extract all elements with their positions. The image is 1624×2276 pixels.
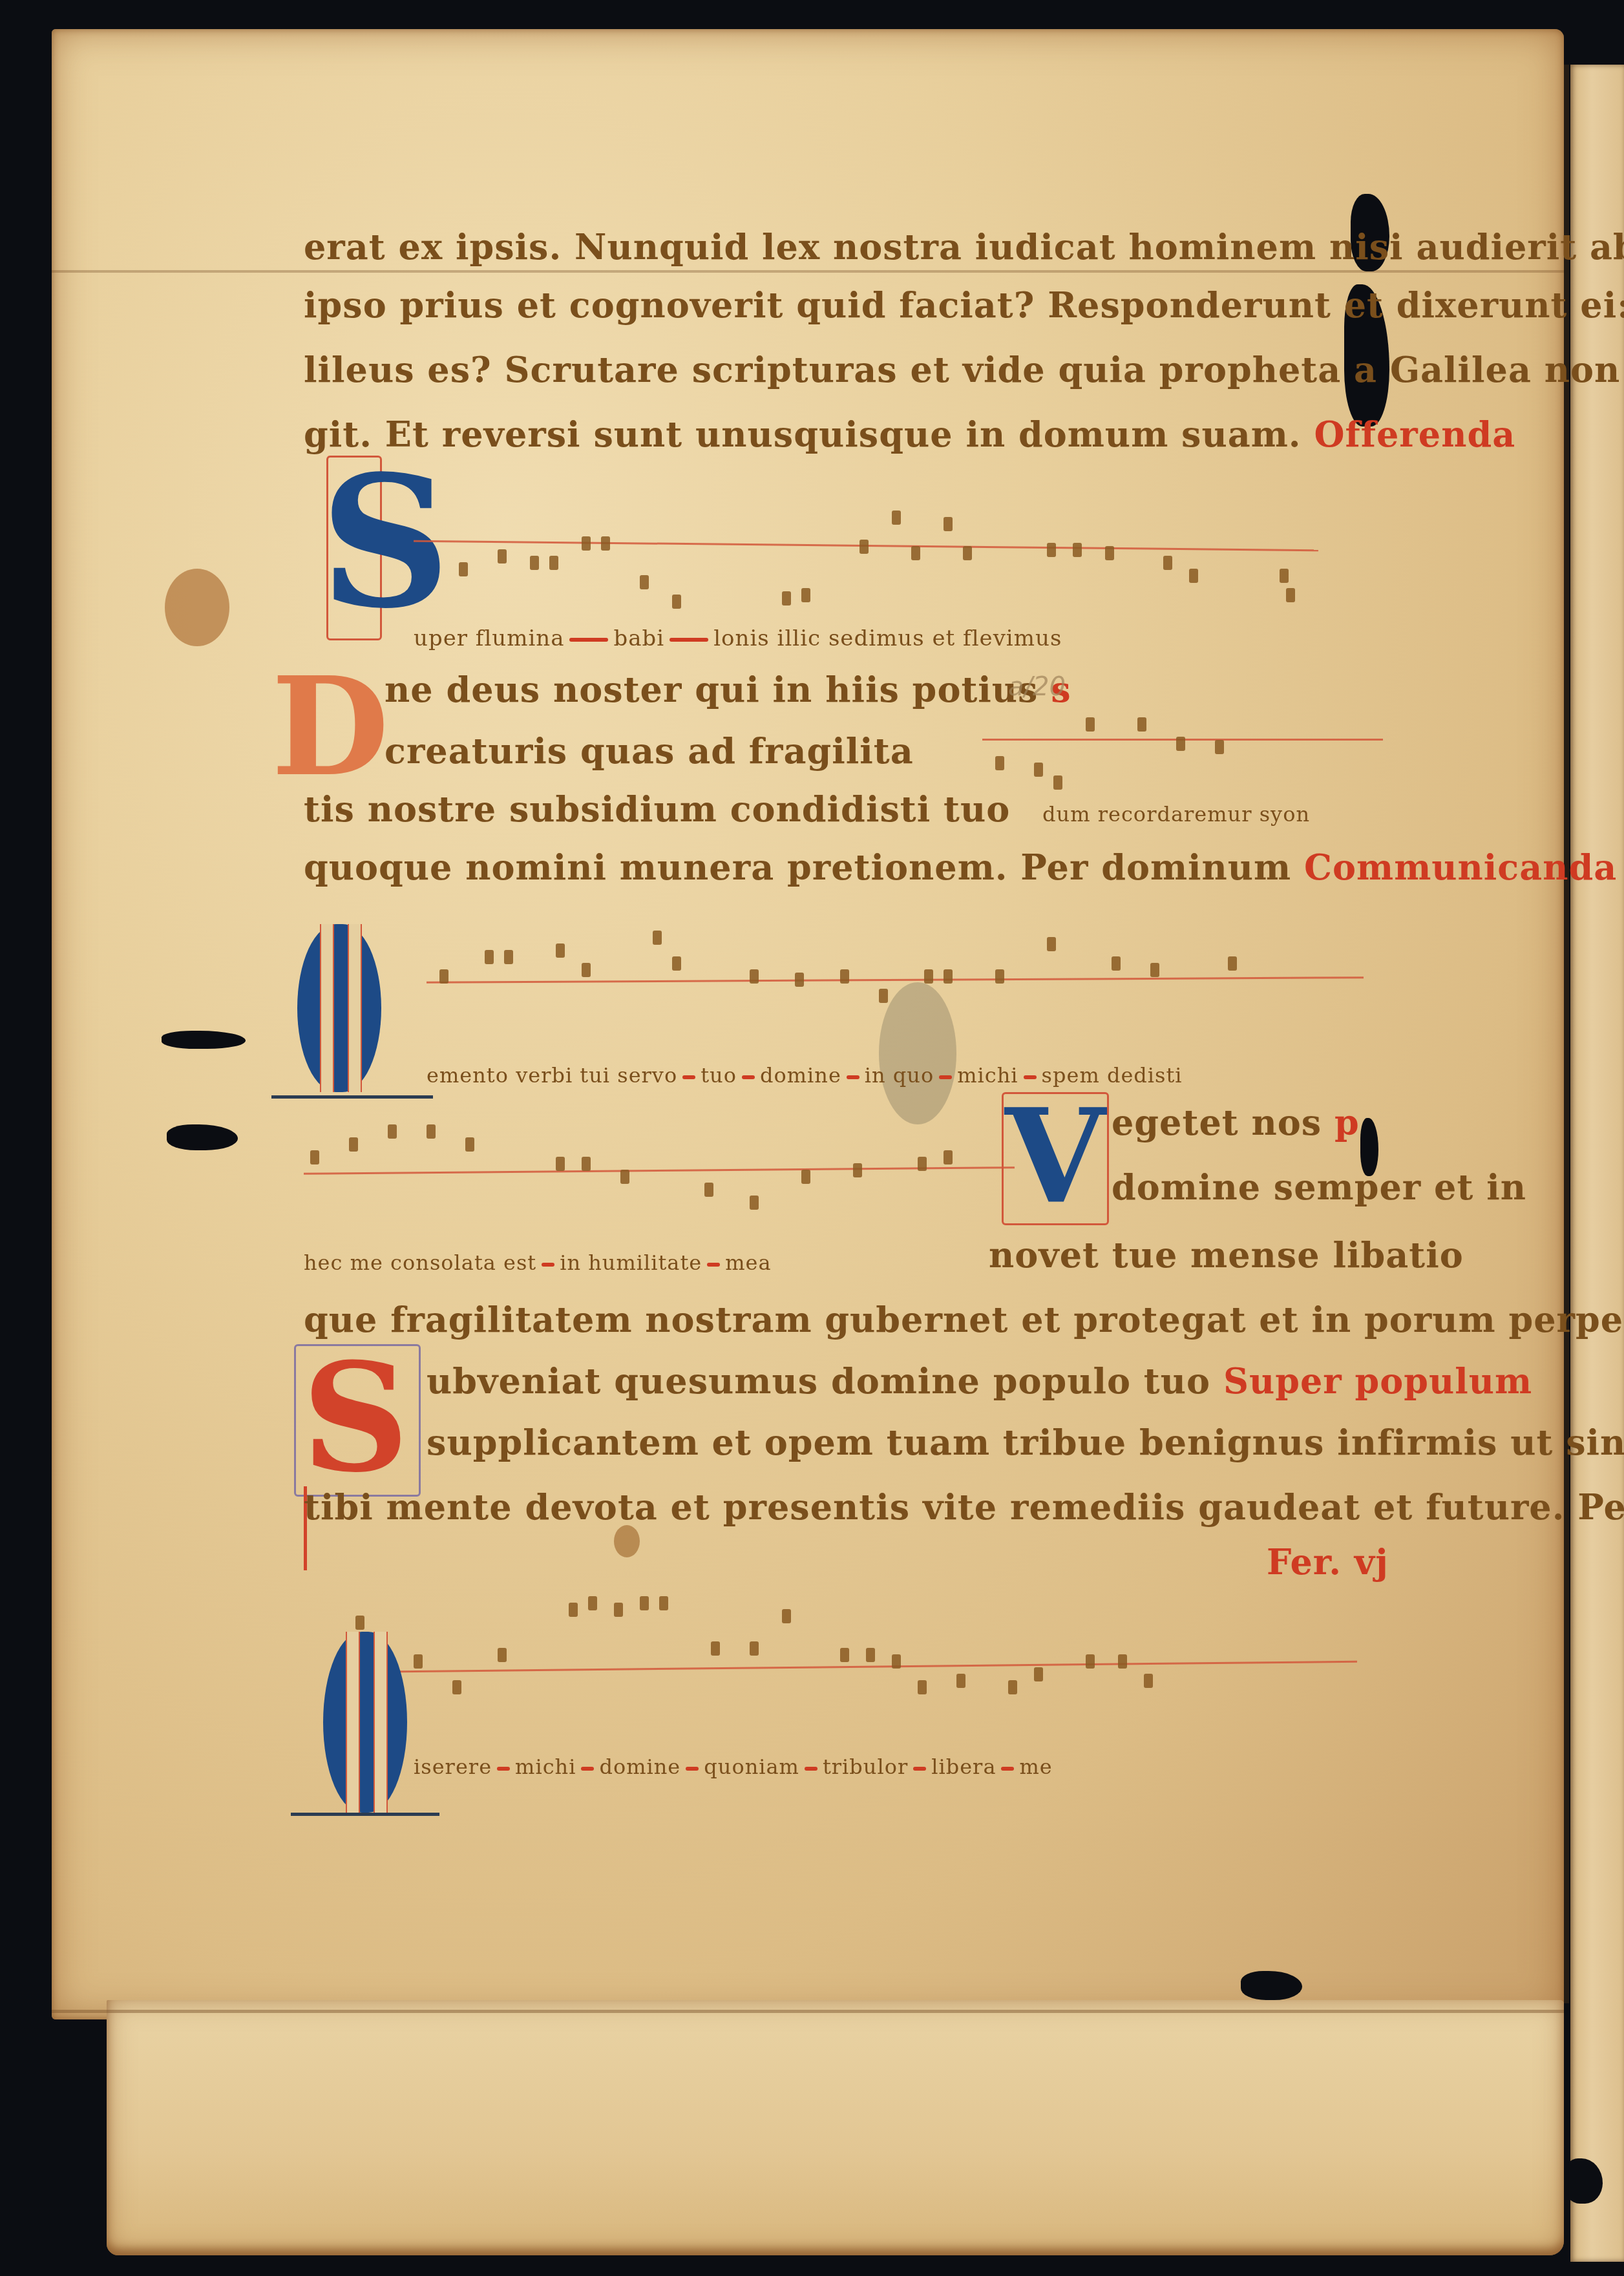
lyric: lonis illic sedimus et flevimus [713, 626, 1062, 651]
text-line: egetet nos p [1112, 1102, 1360, 1143]
rubric-hyphen [1001, 1767, 1014, 1771]
stain [614, 1525, 640, 1557]
lyric: me [1019, 1754, 1052, 1779]
rubric-hyphen [670, 638, 708, 642]
damage-hole [162, 1031, 246, 1049]
rubric-mark: p [1334, 1102, 1360, 1143]
text-line: lileus es? Scrutare scripturas et vide q… [304, 349, 1624, 390]
rubric-hyphen [686, 1767, 699, 1771]
rubric-hyphen [497, 1767, 510, 1771]
illuminated-initial-m [297, 924, 381, 1092]
initial-baseline [271, 1095, 433, 1099]
damage-hole [1241, 1971, 1302, 2000]
text-line: que fragilitatem nostram gubernet et pro… [304, 1299, 1624, 1340]
rubric-hyphen [805, 1767, 817, 1771]
rubric-hyphen [707, 1263, 720, 1267]
stain [165, 569, 229, 646]
folded-bottom-margin [107, 2000, 1564, 2255]
text-line: quoque nomini munera pretionem. Per domi… [304, 847, 1617, 888]
rubric-super-populum: Super populum [1223, 1360, 1532, 1402]
lyric: michi [515, 1754, 576, 1779]
text-line-body: quoque nomini munera pretionem. Per domi… [304, 847, 1291, 888]
illuminated-initial-v: V [1005, 1092, 1102, 1221]
text-line: novet tue mense libatio [989, 1234, 1464, 1276]
illuminated-initial-s: S [320, 452, 385, 633]
text-line: git. Et reversi sunt unusquisque in domu… [304, 414, 1515, 455]
initial-baseline [291, 1813, 439, 1816]
lyric: domine [599, 1754, 680, 1779]
text-line: ubveniat quesumus domine populo tuo Supe… [427, 1360, 1624, 1402]
lyric: iserere [414, 1754, 492, 1779]
text-line: ne deus noster qui in hiis potius s [385, 669, 1071, 710]
parchment-leaf [52, 29, 1564, 2019]
text-line-body: tis nostre subsidium condidisti tuo [304, 788, 1010, 830]
text-line: domine semper et in [1112, 1166, 1526, 1208]
rubric-feria-vi: Fer. vj [1267, 1541, 1389, 1583]
text-line-body: git. Et reversi sunt unusquisque in domu… [304, 414, 1302, 455]
rubric-hyphen [939, 1075, 952, 1079]
fold-crease-top [52, 270, 1564, 273]
initial-stripes [320, 924, 334, 1092]
text-line: ipso prius et cognoverit quid faciat? Re… [304, 284, 1624, 326]
initial-stripes [346, 1632, 360, 1813]
rubric-hyphen [569, 638, 608, 642]
rubric-communicanda: Communicanda [1304, 847, 1617, 888]
text-line: tis nostre subsidium condidisti tuo dum … [304, 788, 1310, 830]
chant-lyrics: uper fluminababilonis illic sedimus et f… [414, 626, 1062, 651]
adjacent-leaf-edge [1570, 65, 1624, 2262]
stain [879, 982, 956, 1124]
initial-d: D [271, 659, 375, 795]
rubric-offerenda: Offerenda [1314, 414, 1515, 455]
text-line: creaturis quas ad fragilita [385, 730, 914, 772]
rubric-hyphen [682, 1075, 695, 1079]
damage-hole [167, 1124, 238, 1150]
pencil-annotation: a/20 [1008, 672, 1066, 702]
text-line-body: ubveniat quesumus domine populo tuo [427, 1360, 1210, 1402]
initial-stripes [348, 924, 362, 1092]
rubric-hyphen [742, 1075, 755, 1079]
lyric: in quo [865, 1063, 934, 1088]
chant-lyrics: hec me consolata estin humilitatemea [304, 1250, 772, 1275]
rubric-hyphen [581, 1767, 594, 1771]
rubric-hyphen [913, 1767, 926, 1771]
lyric: tribulor [823, 1754, 908, 1779]
lyric: mea [725, 1250, 771, 1275]
text-line: erat ex ipsis. Nunquid lex nostra iudica… [304, 226, 1624, 268]
text-line: tibi mente devota et presentis vite reme… [304, 1486, 1624, 1528]
text-line-body: egetet nos [1112, 1102, 1322, 1143]
chant-lyrics: isereremichidominequoniamtribulorliberam… [414, 1754, 1053, 1779]
chant-incipit-small: dum recordaremur syon [1042, 802, 1310, 827]
lyric: in humilitate [560, 1250, 702, 1275]
text-line: supplicantem et opem tuam tribue benignu… [427, 1422, 1624, 1463]
lyric: babi [613, 626, 664, 651]
text-line-body: ne deus noster qui in hiis potius [385, 669, 1039, 710]
rubric-hyphen [1024, 1075, 1037, 1079]
lyric: domine [760, 1063, 841, 1088]
lyric: emento verbi tui servo [427, 1063, 677, 1088]
lyric: tuo [701, 1063, 737, 1088]
lyric: uper flumina [414, 626, 564, 651]
fold-crease-bottom [52, 2010, 1564, 2013]
illuminated-initial-m-lower [323, 1632, 407, 1813]
initial-stripes [374, 1632, 388, 1813]
rubric-hyphen [847, 1075, 859, 1079]
lyric: libera [931, 1754, 996, 1779]
lyric: hec me consolata est [304, 1250, 536, 1275]
rubric-hyphen [542, 1263, 554, 1267]
illuminated-initial-s-red: S [294, 1344, 417, 1493]
lyric: quoniam [704, 1754, 799, 1779]
